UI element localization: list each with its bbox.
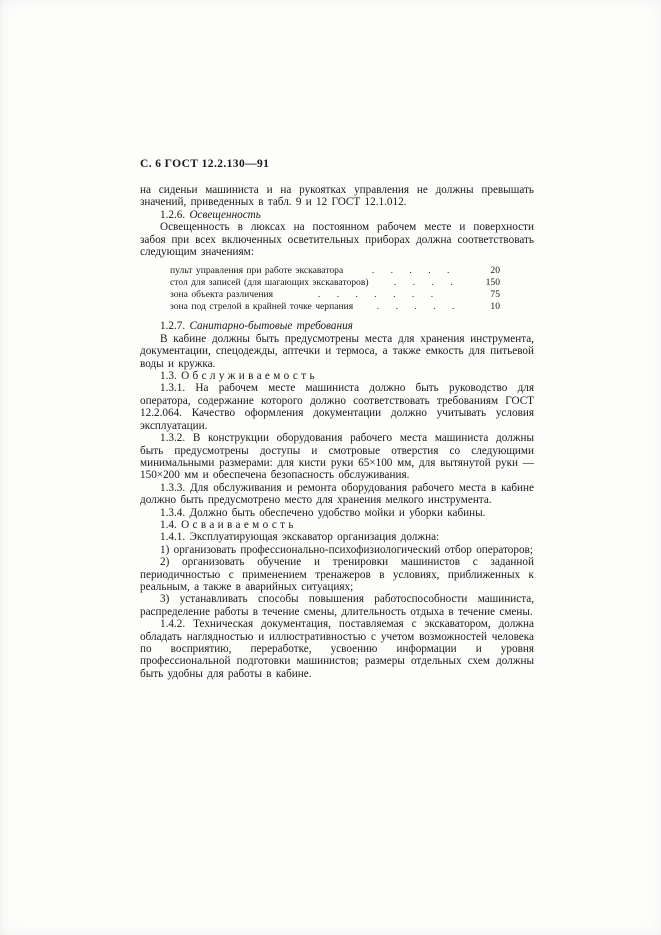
paragraph-1-3-1: 1.3.1. На рабочем месте машиниста должно…: [140, 382, 534, 432]
leader-dots: . . . . . . .: [279, 289, 472, 301]
section-heading-1-2-6: 1.2.6. Освещенность: [140, 209, 534, 221]
page-content: С. 6 ГОСТ 12.2.130—91 на сиденьи машинис…: [140, 158, 534, 680]
section-number: 1.4.: [160, 519, 177, 531]
table-row-value: 75: [478, 289, 500, 301]
section-heading-1-4: 1.4. Осваиваемость: [140, 519, 534, 531]
section-heading-1-2-7: 1.2.7. Санитарно-бытовые требования: [140, 320, 534, 332]
list-item-3: 3) устанавливать способы повышения работ…: [140, 593, 534, 618]
section-title: Освещенность: [189, 209, 260, 221]
table-row-value: 20: [478, 265, 500, 277]
table-row-label: пульт управления при работе экскаватора: [170, 265, 343, 277]
table-row-value: 150: [478, 277, 500, 289]
table-row-label: зона объекта различения: [170, 289, 273, 301]
section-number: 1.3.: [160, 370, 177, 382]
paragraph-cabin: В кабине должны быть предусмотрены места…: [140, 333, 534, 370]
table-row-label: зона под стрелой в крайней точке черпани…: [170, 301, 353, 313]
table-row-label: стол для записей (для шагающих экскавато…: [170, 277, 369, 289]
section-heading-1-3: 1.3. Обслуживаемость: [140, 370, 534, 382]
table-row: зона объекта различения . . . . . . . 75: [170, 289, 500, 301]
paragraph-1-3-3: 1.3.3. Для обслуживания и ремонта оборуд…: [140, 482, 534, 507]
leader-dots: . . . .: [375, 277, 472, 289]
table-row: пульт управления при работе экскаватора …: [170, 265, 500, 277]
section-title: Обслуживаемость: [181, 370, 318, 382]
paragraph-illumination: Освещенность в люксах на постоянном рабо…: [140, 221, 534, 258]
document-page: С. 6 ГОСТ 12.2.130—91 на сиденьи машинис…: [0, 0, 661, 935]
paragraph-1-4-2: 1.4.2. Техническая документация, поставл…: [140, 618, 534, 680]
table-row-value: 10: [478, 301, 500, 313]
illumination-values-table: пульт управления при работе экскаватора …: [170, 265, 534, 313]
table-row: зона под стрелой в крайней точке черпани…: [170, 301, 500, 313]
section-number: 1.2.6.: [160, 209, 185, 221]
paragraph-1-3-4: 1.3.4. Должно быть обеспечено удобство м…: [140, 507, 534, 519]
leader-dots: . . . . .: [349, 265, 472, 277]
list-item-1: 1) организовать профессионально-психофиз…: [140, 544, 534, 556]
section-number: 1.2.7.: [160, 320, 185, 332]
page-header: С. 6 ГОСТ 12.2.130—91: [140, 158, 534, 170]
leader-dots: . . . . .: [359, 301, 472, 313]
list-item-2: 2) организовать обучение и тренировки ма…: [140, 556, 534, 593]
section-title: Осваиваемость: [181, 519, 297, 531]
section-title: Санитарно-бытовые требования: [189, 320, 352, 332]
table-row: стол для записей (для шагающих экскавато…: [170, 277, 500, 289]
paragraph-1-4-1: 1.4.1. Эксплуатирующая экскаватор органи…: [140, 531, 534, 543]
paragraph-1-3-2: 1.3.2. В конструкции оборудования рабоче…: [140, 432, 534, 482]
paragraph-intro: на сиденьи машиниста и на рукоятках упра…: [140, 184, 534, 209]
